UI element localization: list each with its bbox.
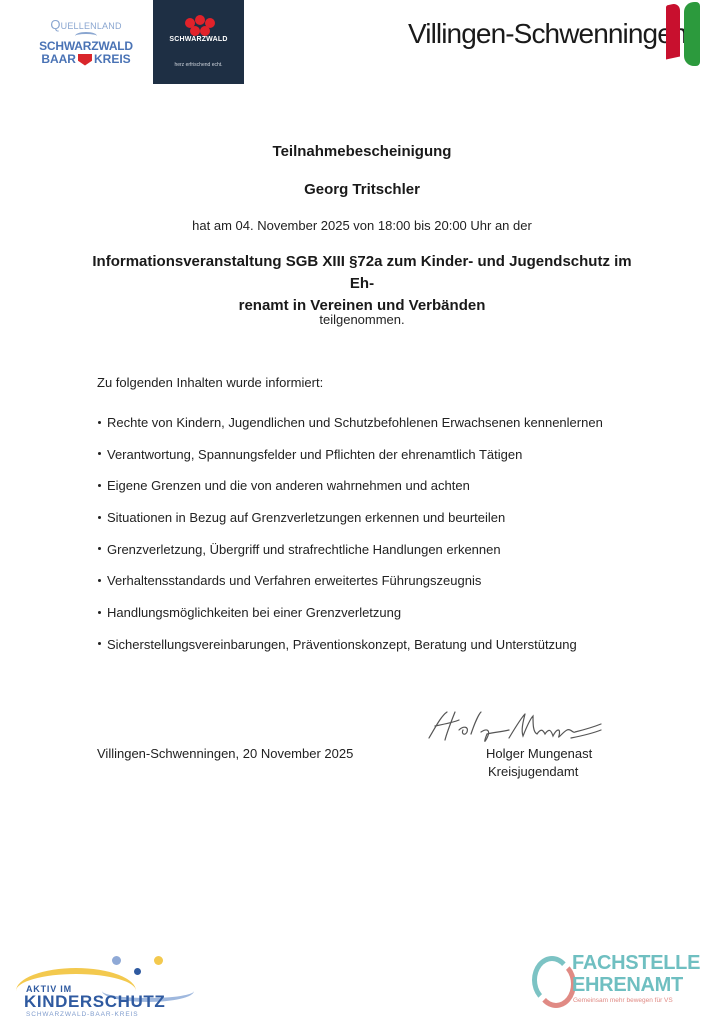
certificate-title: Teilnahmebescheinigung <box>0 143 724 160</box>
logo-quellenland-text: Quellenland <box>36 18 136 32</box>
topics-intro: Zu folgenden Inhalten wurde informiert: <box>97 375 323 390</box>
logo-fachstelle-text: FACHSTELLE <box>572 952 700 975</box>
logo-ehrenamt-text: EHRENAMT <box>572 974 683 997</box>
quellenland-schwarzwald-baar-kreis-logo: Quellenland SCHWARZWALD BAAR KREIS <box>36 14 136 70</box>
schwarzwald-tourism-logo: SCHWARZWALD herz erfrischend echt. <box>153 0 244 84</box>
logo-baar-text: BAAR <box>41 53 76 66</box>
red-dots-icon <box>183 18 217 38</box>
logo-schwarzwald-name: SCHWARZWALD <box>153 36 244 43</box>
ring-icon <box>536 960 576 1008</box>
bullet-icon <box>98 452 101 455</box>
bullet-icon <box>98 516 101 519</box>
list-item: Verhaltensstandards und Verfahren erweit… <box>97 571 603 603</box>
fachstelle-ehrenamt-logo: FACHSTELLE EHRENAMT Gemeinsam mehr beweg… <box>530 952 710 1008</box>
list-item: Verantwortung, Spannungsfelder und Pflic… <box>97 445 603 477</box>
logo-city-name: Villingen-Schwenningen <box>408 18 687 50</box>
signer-name: Holger Mungenast <box>486 746 592 761</box>
event-title-line-1: Informationsveranstaltung SGB XIII §72a … <box>80 251 644 295</box>
green-shape-icon <box>684 2 700 66</box>
list-item: Rechte von Kindern, Jugendlichen und Sch… <box>97 413 603 445</box>
list-item: Handlungsmöglichkeiten bei einer Grenzve… <box>97 603 603 635</box>
list-item: Situationen in Bezug auf Grenzverletzung… <box>97 508 603 540</box>
logo-ehrenamt-claim: Gemeinsam mehr bewegen für VS <box>573 997 673 1004</box>
topics-list: Rechte von Kindern, Jugendlichen und Sch… <box>97 413 603 667</box>
villingen-schwenningen-logo: Villingen-Schwenningen <box>408 0 708 70</box>
logo-schwarzwald-claim: herz erfrischend echt. <box>153 62 244 68</box>
person-icon <box>112 956 121 965</box>
participation-confirmation: teilgenommen. <box>0 312 724 327</box>
bullet-icon <box>98 421 101 424</box>
bullet-icon <box>98 611 101 614</box>
event-title: Informationsveranstaltung SGB XIII §72a … <box>80 251 644 317</box>
bullet-icon <box>98 642 101 645</box>
logo-region-text: SCHWARZWALD-BAAR-KREIS <box>26 1011 139 1018</box>
logo-baar-kreis-row: BAAR KREIS <box>36 53 136 66</box>
logo-kreis-text: KREIS <box>94 53 131 66</box>
signer-role: Kreisjugendamt <box>488 764 578 779</box>
bullet-icon <box>98 484 101 487</box>
place-and-date: Villingen-Schwenningen, 20 November 2025 <box>97 746 353 761</box>
red-shape-icon <box>666 3 680 60</box>
person-icon <box>154 956 163 965</box>
list-item: Grenzverletzung, Übergriff und strafrech… <box>97 540 603 572</box>
bullet-icon <box>98 547 101 550</box>
coat-of-arms-icon <box>78 54 92 66</box>
child-icon <box>134 968 141 975</box>
event-dateline: hat am 04. November 2025 von 18:00 bis 2… <box>0 218 724 233</box>
list-item: Eigene Grenzen und die von anderen wahrn… <box>97 476 603 508</box>
bullet-icon <box>98 579 101 582</box>
aktiv-im-kinderschutz-logo: AKTIV IM KINDERSCHUTZ SCHWARZWALD-BAAR-K… <box>12 950 192 1020</box>
participant-name: Georg Tritschler <box>0 181 724 198</box>
list-item: Sicherstellungsvereinbarungen, Präventio… <box>97 635 603 667</box>
logo-kinderschutz-text: KINDERSCHUTZ <box>24 992 165 1012</box>
signature-image <box>425 708 605 746</box>
